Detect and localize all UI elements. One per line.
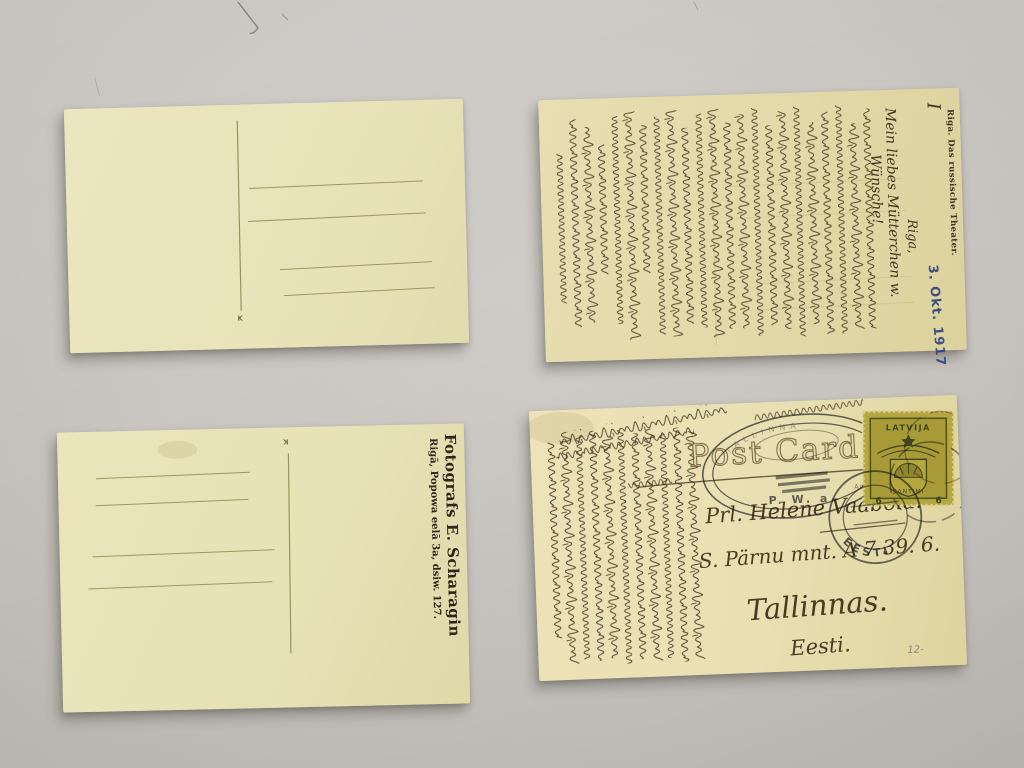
postage-stamp: LATVIJA SANTIMI 6 6 bbox=[863, 411, 953, 506]
postmark-country-text: EESTI bbox=[840, 533, 894, 561]
diagonal-scribble bbox=[552, 400, 731, 466]
postcard-blank-bottom-left: K Fotografs E. Scharagin Rigā, Popowa ee… bbox=[57, 423, 470, 712]
stamp-value-left: 6 bbox=[876, 496, 882, 506]
printer-k-mark: K bbox=[283, 437, 289, 445]
printer-k-mark: K bbox=[237, 315, 243, 323]
stamp-value-right: 6 bbox=[936, 496, 942, 506]
postcard-handwritten-top-right: Riga. Das russische Theater. 3. Okt. 191… bbox=[538, 88, 967, 362]
rotated-credit-block: Fotografs E. Scharagin Rigā, Popowa eelā… bbox=[422, 428, 464, 644]
oval-bottom-text: P. W. a bbox=[768, 492, 830, 507]
handwriting-lines bbox=[540, 90, 964, 360]
photo-of-postcards: K Riga. Das russische Theater. 3. Okt. 1… bbox=[0, 0, 1024, 768]
postcard-ruled-design-flipped bbox=[57, 423, 470, 712]
postcard-ruled-design bbox=[64, 99, 469, 353]
rotated-message-layer: Riga. Das russische Theater. 3. Okt. 191… bbox=[540, 90, 964, 360]
svg-text:EESTI: EESTI bbox=[840, 533, 894, 561]
postcard-blank-top-left: K bbox=[64, 99, 469, 353]
postal-markings-overlay: Adress TALLINNA P. W. a bbox=[529, 395, 967, 681]
photographer-address: Rigā, Popowa eelā 3a, dsiw. 127. bbox=[427, 438, 442, 619]
postcard-posted-bottom-right: Post Card Prl. Helene Vaabola. S. Pärnu … bbox=[529, 395, 967, 681]
